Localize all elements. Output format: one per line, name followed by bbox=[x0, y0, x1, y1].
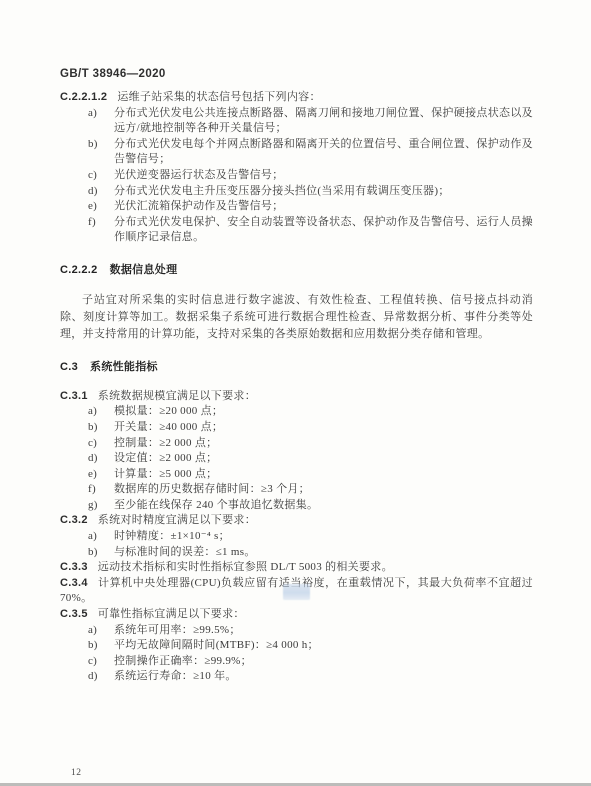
list-item-a: a)分布式光伏发电公共连接点断路器、隔离刀闸和接地刀闸位置、保护硬接点状态以及远… bbox=[60, 106, 533, 137]
list-item-label: f) bbox=[88, 482, 96, 498]
page-number: 12 bbox=[71, 768, 82, 778]
list-item-b: b)分布式光伏发电每个并网点断路器和隔离开关的位置信号、重合闸位置、保护动作及告… bbox=[60, 137, 533, 168]
clause-text: 运维子站采集的状态信号包括下列内容： bbox=[117, 91, 320, 103]
list-item-text: 分布式光伏发电每个并网点断路器和隔离开关的位置信号、重合闸位置、保护动作及告警信… bbox=[114, 138, 533, 166]
list-item-label: b) bbox=[88, 420, 98, 436]
list-item-text: 与标准时间的误差：≤1 ms。 bbox=[114, 546, 256, 558]
clause-text: 系统对时精度宜满足以下要求： bbox=[98, 514, 256, 526]
list-item-b: b)开关量：≥40 000 点； bbox=[60, 420, 533, 436]
clause-number: C.3.4 bbox=[60, 577, 88, 589]
list-item-text: 分布式光伏发电公共连接点断路器、隔离刀闸和接地刀闸位置、保护硬接点状态以及远方/… bbox=[114, 107, 533, 135]
list-item-label: d) bbox=[88, 184, 98, 200]
clause-text: 可靠性指标宜满足以下要求： bbox=[98, 608, 245, 620]
list-item-label: a) bbox=[88, 529, 97, 545]
list-item-f: f)数据库的历史数据存储时间：≥3 个月； bbox=[60, 482, 533, 498]
clause-number: C.2.2.2 bbox=[60, 264, 98, 276]
clause-number: C.2.2.1.2 bbox=[60, 91, 107, 103]
list-item-label: g) bbox=[88, 498, 98, 514]
list-item-label: a) bbox=[88, 404, 97, 420]
list-item-text: 分布式光伏发电保护、安全自动装置等设备状态、保护动作及告警信号、运行人员操作顺序… bbox=[114, 216, 533, 244]
list-item-label: e) bbox=[88, 199, 97, 215]
list-item-a: a)系统年可用率：≥99.5%； bbox=[60, 623, 533, 639]
list-item-text: 平均无故障间隔时间(MTBF)：≥4 000 h； bbox=[114, 639, 319, 651]
watermark-stamp bbox=[283, 584, 310, 600]
heading-title: 系统性能指标 bbox=[90, 361, 158, 373]
clause-C.3.1: C.3.1系统数据规模宜满足以下要求： bbox=[60, 389, 533, 405]
list-item-label: c) bbox=[88, 436, 97, 452]
clause-number: C.3.1 bbox=[60, 390, 88, 402]
list-item-e: e)计算量：≥5 000 点； bbox=[60, 467, 533, 483]
clause-C.3.5: C.3.5可靠性指标宜满足以下要求： bbox=[60, 607, 533, 623]
list-item-text: 分布式光伏发电主升压变压器分接头挡位(当采用有载调压变压器)； bbox=[114, 185, 450, 197]
list-item-label: d) bbox=[88, 669, 98, 685]
body-paragraph: 子站宜对所采集的实时信息进行数字滤波、有效性检查、工程值转换、信号接点抖动消除、… bbox=[60, 292, 533, 344]
heading-title: 数据信息处理 bbox=[110, 264, 178, 276]
list-item-d: d)设定值：≥2 000 点； bbox=[60, 451, 533, 467]
list-item-c: c)光伏逆变器运行状态及告警信号； bbox=[60, 168, 533, 184]
list-item-b: b)与标准时间的误差：≤1 ms。 bbox=[60, 545, 533, 561]
list-item-c: c)控制量：≥2 000 点； bbox=[60, 436, 533, 452]
list-item-d: d)分布式光伏发电主升压变压器分接头挡位(当采用有载调压变压器)； bbox=[60, 184, 533, 200]
clause-number: C.3.5 bbox=[60, 608, 88, 620]
list-item-label: d) bbox=[88, 451, 98, 467]
list-item-label: b) bbox=[88, 638, 98, 654]
list-item-text: 控制量：≥2 000 点； bbox=[114, 437, 217, 449]
document-page: GB/T 38946—2020 C.2.2.1.2运维子站采集的状态信号包括下列… bbox=[0, 0, 591, 786]
list-item-text: 至少能在线保存 240 个事故追忆数据集。 bbox=[114, 499, 318, 511]
clause-C.3.2: C.3.2系统对时精度宜满足以下要求： bbox=[60, 513, 533, 529]
list-item-e: e)光伏汇流箱保护动作及告警信号； bbox=[60, 199, 533, 215]
clause-number: C.3 bbox=[60, 361, 78, 373]
clause-text: 远动技术指标和实时性指标宜参照 DL/T 5003 的相关要求。 bbox=[98, 561, 393, 573]
standard-code-header: GB/T 38946—2020 bbox=[60, 68, 166, 80]
list-item-label: c) bbox=[88, 654, 97, 670]
list-item-text: 系统运行寿命：≥10 年。 bbox=[114, 670, 237, 682]
list-item-label: a) bbox=[88, 106, 97, 122]
clause-text: 系统数据规模宜满足以下要求： bbox=[98, 390, 256, 402]
section-heading-C.2.2.2: C.2.2.2数据信息处理 bbox=[60, 263, 533, 279]
list-item-text: 模拟量：≥20 000 点； bbox=[114, 405, 223, 417]
list-item-text: 数据库的历史数据存储时间：≥3 个月； bbox=[114, 483, 310, 495]
list-item-text: 设定值：≥2 000 点； bbox=[114, 452, 217, 464]
list-item-label: c) bbox=[88, 168, 97, 184]
clause-number: C.3.3 bbox=[60, 561, 88, 573]
list-item-f: f)分布式光伏发电保护、安全自动装置等设备状态、保护动作及告警信号、运行人员操作… bbox=[60, 215, 533, 246]
clause-number: C.3.2 bbox=[60, 514, 88, 526]
list-item-d: d)系统运行寿命：≥10 年。 bbox=[60, 669, 533, 685]
list-item-label: b) bbox=[88, 545, 98, 561]
list-item-text: 计算量：≥5 000 点； bbox=[114, 468, 217, 480]
list-item-b: b)平均无故障间隔时间(MTBF)：≥4 000 h； bbox=[60, 638, 533, 654]
section-heading-C.3: C.3系统性能指标 bbox=[60, 360, 533, 376]
clause-C.3.3: C.3.3远动技术指标和实时性指标宜参照 DL/T 5003 的相关要求。 bbox=[60, 560, 533, 576]
list-item-label: f) bbox=[88, 215, 96, 231]
list-item-text: 控制操作正确率：≥99.9%； bbox=[114, 655, 252, 667]
list-item-g: g)至少能在线保存 240 个事故追忆数据集。 bbox=[60, 498, 533, 514]
list-item-a: a)时钟精度：±1×10⁻⁴ s； bbox=[60, 529, 533, 545]
list-item-text: 时钟精度：±1×10⁻⁴ s； bbox=[114, 530, 230, 542]
list-item-c: c)控制操作正确率：≥99.9%； bbox=[60, 654, 533, 670]
list-item-text: 光伏逆变器运行状态及告警信号； bbox=[114, 169, 284, 181]
clause-C.2.2.1.2: C.2.2.1.2运维子站采集的状态信号包括下列内容： bbox=[60, 90, 533, 106]
list-item-text: 光伏汇流箱保护动作及告警信号； bbox=[114, 200, 284, 212]
list-item-label: e) bbox=[88, 467, 97, 483]
list-item-text: 系统年可用率：≥99.5%； bbox=[114, 624, 241, 636]
list-item-text: 开关量：≥40 000 点； bbox=[114, 421, 223, 433]
list-item-label: b) bbox=[88, 137, 98, 153]
list-item-a: a)模拟量：≥20 000 点； bbox=[60, 404, 533, 420]
list-item-label: a) bbox=[88, 623, 97, 639]
